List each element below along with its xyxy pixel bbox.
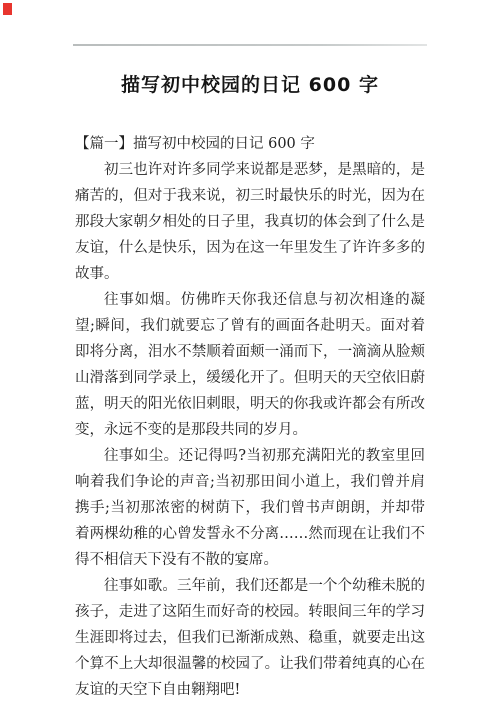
paragraph: 往事如烟。仿佛昨天你我还信息与初次相逢的凝望;瞬间，我们就要忘了曾有的画面各赴明… bbox=[75, 287, 425, 443]
section-heading: 【篇一】描写初中校园的日记 600 字 bbox=[75, 131, 425, 157]
title-divider-line bbox=[73, 44, 427, 46]
document-page: 描写初中校园的日记 600 字 【篇一】描写初中校园的日记 600 字 初三也许… bbox=[0, 0, 500, 708]
article-body: 【篇一】描写初中校园的日记 600 字 初三也许对许多同学来说都是恶梦，是黑暗的… bbox=[75, 131, 425, 703]
paragraph: 初三也许对许多同学来说都是恶梦，是黑暗的，是痛苦的，但对于我来说，初三时最快乐的… bbox=[75, 157, 425, 287]
paragraph: 往事如歌。三年前，我们还都是一个个幼稚未脱的孩子，走进了这陌生而好奇的校园。转眼… bbox=[75, 573, 425, 703]
page-title: 描写初中校园的日记 600 字 bbox=[0, 70, 500, 97]
paragraph: 往事如尘。还记得吗?当初那充满阳光的教室里回响着我们争论的声音;当初那田间小道上… bbox=[75, 443, 425, 573]
red-corner-mark bbox=[3, 3, 12, 15]
